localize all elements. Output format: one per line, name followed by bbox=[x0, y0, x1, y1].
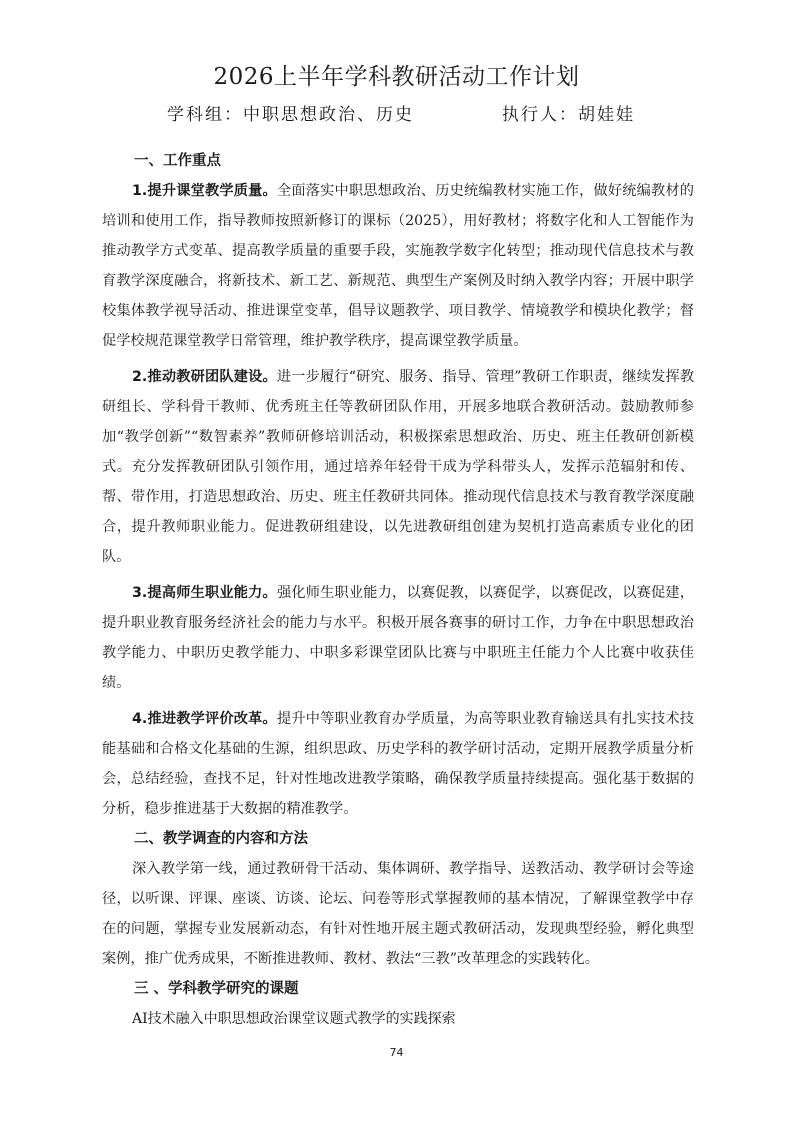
work-item-1: 1.提升课堂教学质量。全面落实中职思想政治、历史统编教材实施工作，做好统编教材的… bbox=[102, 176, 694, 356]
work-item-3-lead: 3.提高师生职业能力。 bbox=[132, 585, 277, 601]
document-body: 一、工作重点 1.提升课堂教学质量。全面落实中职思想政治、历史统编教材实施工作，… bbox=[102, 146, 694, 1034]
section-heading-3: 三 、学科教学研究的课题 bbox=[134, 974, 694, 1004]
work-item-1-lead: 1.提升课堂教学质量。 bbox=[132, 183, 277, 199]
executor: 执行人：胡娃娃 bbox=[502, 100, 635, 125]
section-heading-1: 一、工作重点 bbox=[134, 146, 694, 176]
work-item-2-lead: 2.推动教研团队建设。 bbox=[132, 369, 277, 385]
section-heading-2: 二、教学调查的内容和方法 bbox=[134, 824, 694, 854]
work-item-4-lead: 4.推进教学评价改革。 bbox=[132, 711, 277, 727]
work-item-1-text: 全面落实中职思想政治、历史统编教材实施工作，做好统编教材的培训和使用工作，指导教… bbox=[102, 183, 694, 349]
work-item-2: 2.推动教研团队建设。进一步履行“研究、服务、指导、管理”教研工作职责，继续发挥… bbox=[102, 362, 694, 572]
subject-group: 学科组：中职思想政治、历史 bbox=[167, 100, 414, 125]
work-item-2-text: 进一步履行“研究、服务、指导、管理”教研工作职责，继续发挥教研组长、学科骨干教师… bbox=[102, 369, 694, 565]
work-item-3: 3.提高师生职业能力。强化师生职业能力，以赛促教，以赛促学，以赛促改，以赛促建，… bbox=[102, 578, 694, 698]
document-page: 2026上半年学科教研活动工作计划 学科组：中职思想政治、历史 执行人：胡娃娃 … bbox=[0, 0, 793, 1122]
document-title: 2026上半年学科教研活动工作计划 bbox=[0, 58, 793, 91]
page-number: 74 bbox=[0, 1046, 793, 1059]
research-topic: AI技术融入中职思想政治课堂议题式教学的实践探索 bbox=[132, 1004, 694, 1034]
work-item-4: 4.推进教学评价改革。提升中等职业教育办学质量，为高等职业教育输送具有扎实技术技… bbox=[102, 704, 694, 824]
survey-paragraph: 深入教学第一线，通过教研骨干活动、集体调研、教学指导、送教活动、教学研讨会等途径… bbox=[102, 854, 694, 974]
